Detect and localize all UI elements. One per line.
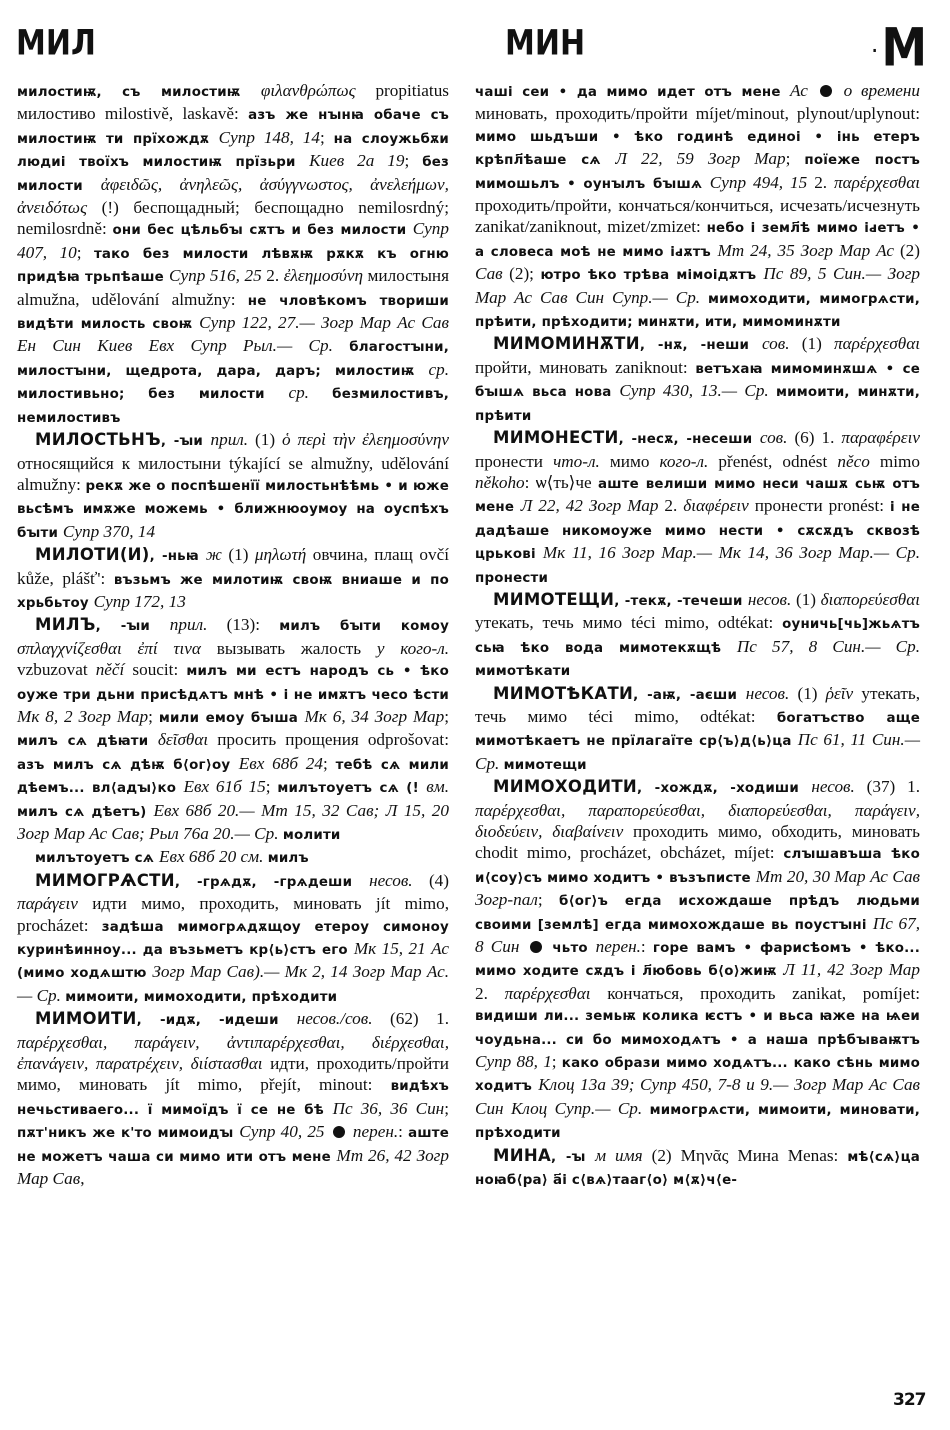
- citation-text: несов.: [811, 777, 866, 796]
- gloss-text: (1): [796, 590, 821, 609]
- entry-headword: МИЛОТИ(И): [35, 545, 150, 564]
- citation-text: Пс 57, 8 Син.— Ср.: [737, 637, 920, 656]
- gloss-text: ,: [80, 1169, 84, 1188]
- citation-text: у кого-л.: [377, 639, 449, 658]
- right-column: чаші сеи • да мимо идет отъ мене Ас о вр…: [475, 80, 920, 1192]
- greek-text: ὁ περὶ τὴν ἐλεημοσύνην: [282, 430, 449, 449]
- gloss-text: (2): [900, 241, 920, 260]
- gloss-text: :: [641, 937, 653, 956]
- greek-text: παράγειν: [17, 894, 92, 913]
- church-slavonic-text: , -идѫ, -идеши: [137, 1013, 297, 1028]
- bullet-icon: [820, 85, 832, 97]
- entry-headword: МИМОМИНѪТИ: [493, 334, 640, 353]
- citation-text: несов./сов.: [297, 1009, 390, 1028]
- gloss-text: :: [525, 473, 536, 492]
- citation-text: Л 22, 59 Зогр Мар: [615, 149, 785, 168]
- church-slavonic-text: чаші сеи • да мимо идет отъ мене: [475, 85, 790, 100]
- entry-continuation: чаші сеи • да мимо идет отъ мене Ас о вр…: [475, 80, 920, 333]
- citation-text: Мк 6, 34 Зогр Мар: [304, 707, 444, 726]
- entry-headword: МИНА: [493, 1146, 551, 1165]
- church-slavonic-text: пронести: [475, 571, 548, 586]
- gloss-text: (6) 1.: [794, 428, 841, 447]
- citation-text: м имя: [595, 1146, 651, 1165]
- church-slavonic-text: милътоуетъ сѧ (!: [277, 781, 426, 796]
- citation-text: несов.: [369, 871, 429, 890]
- church-slavonic-text: , -грѧдѫ, -грѧдеши: [175, 875, 369, 890]
- gloss-text: кончаться, проходить zanikat, pomíjet:: [607, 984, 920, 1003]
- gloss-text: 2.: [664, 496, 683, 515]
- gloss-text: ;: [552, 1052, 562, 1071]
- gloss-text: пройти, миновать zaniknout:: [475, 358, 695, 377]
- church-slavonic-text: (мимо ходѧштю: [17, 966, 152, 981]
- gloss-text: 2.: [266, 266, 283, 285]
- citation-text: Супр 516, 25: [169, 266, 266, 285]
- citation-text: о времени: [835, 81, 920, 100]
- church-slavonic-text: , -ꙑи: [161, 434, 211, 449]
- church-slavonic-text: милъ: [268, 851, 309, 866]
- running-head-left: МИЛ: [16, 23, 96, 63]
- citation-text: кого-л.: [660, 452, 719, 471]
- citation-text: ср.: [428, 360, 449, 379]
- citation-text: сов.: [760, 428, 795, 447]
- church-slavonic-text: , -текѫ, -течеши: [614, 594, 748, 609]
- citation-text: прил.: [170, 615, 227, 634]
- church-slavonic-text: пѫт'никъ же к'то мимоидꙑ: [17, 1126, 239, 1141]
- left-column: милостиѭ, съ милостиѭ φιλανθρώπως propit…: [17, 80, 449, 1190]
- citation-text: Л 11, 42 Зогр Мар: [783, 960, 920, 979]
- gloss-text: ѡ⟨ть⟩че: [536, 473, 598, 492]
- citation-text: Пс 36, 36 Син: [333, 1099, 445, 1118]
- church-slavonic-text: милостиѭ, съ милостиѭ: [17, 85, 261, 100]
- church-slavonic-text: милъ бꙑти комоу: [279, 619, 449, 634]
- dictionary-entry: МИМОТЕЩИ, -текѫ, -течеши несов. (1) διαπ…: [475, 589, 920, 683]
- entry-headword: МИЛЪ: [35, 615, 96, 634]
- gloss-text: (13):: [227, 615, 280, 634]
- church-slavonic-text: чьто: [545, 941, 596, 956]
- church-slavonic-text: мимотещи: [504, 758, 587, 773]
- dictionary-entry: милътоуетъ сѧ Евх 68б 20 см. милъ: [17, 846, 449, 869]
- citation-text: Супр 148, 14: [219, 128, 320, 147]
- church-slavonic-text: молити: [283, 828, 341, 843]
- gloss-text: vzbuzovat: [17, 660, 96, 679]
- citation-text: Мк 15, 21 Ас: [354, 939, 449, 958]
- citation-text: Супр 88, 1: [475, 1052, 552, 1071]
- church-slavonic-text: азъ милъ сѧ дѣѭ б⟨ог⟩оу: [17, 758, 239, 773]
- church-slavonic-text: ютро ѣко трѣва мімоідѫтъ: [540, 268, 763, 283]
- citation-text: перен.: [596, 937, 641, 956]
- church-slavonic-text: мимотѣкати: [475, 664, 570, 679]
- citation-text: něčí: [96, 660, 133, 679]
- gloss-text: ;: [444, 707, 449, 726]
- gloss-text: пронести pronést:: [755, 496, 890, 515]
- gloss-text: :: [398, 1122, 408, 1141]
- citation-text: Супр 370, 14: [63, 522, 155, 541]
- dictionary-entry: МИМОИТИ, -идѫ, -идеши несов./сов. (62) 1…: [17, 1008, 449, 1189]
- entry-headword: МИМОИТИ: [35, 1009, 137, 1028]
- church-slavonic-text: видиши ли... земьѭ колика ѥстъ • и вьса …: [475, 1009, 920, 1047]
- greek-text: παραφέρειν: [841, 428, 920, 447]
- gloss-text: soucit:: [132, 660, 186, 679]
- dictionary-entry: МИЛЪ, -ꙑи прил. (13): милъ бꙑти комоу σπ…: [17, 614, 449, 846]
- letter-tab: ·М: [872, 16, 927, 78]
- greek-text: φιλανθρώπως: [261, 81, 376, 100]
- gloss-text: мимо: [610, 452, 660, 471]
- church-slavonic-text: милътоуетъ сѧ: [35, 851, 159, 866]
- citation-text: Мк 8, 2 Зогр Мар: [17, 707, 148, 726]
- dictionary-entry: МИЛОТИ(И), -ньꙗ ж (1) μηλωτή овчина, пла…: [17, 544, 449, 614]
- greek-text: δεῖσθαι: [158, 730, 217, 749]
- letter-tab-letter: М: [881, 16, 927, 78]
- citation-text: вм.: [426, 777, 449, 796]
- citation-text: Супр 494, 15: [710, 173, 814, 192]
- greek-text: ῥεῖν: [826, 684, 862, 703]
- gloss-text: миновать, проходить/пройти míjet/minout,…: [475, 104, 920, 123]
- greek-text: μηλωτή: [255, 545, 313, 564]
- gloss-text: přenést, odnést: [718, 452, 837, 471]
- church-slavonic-text: мимоити, мимоходити, прѣходити: [65, 990, 337, 1005]
- gloss-text: (1): [797, 684, 825, 703]
- gloss-text: (2) Μηνᾶς Мина Menas:: [652, 1146, 848, 1165]
- entry-headword: МИМОТЕЩИ: [493, 590, 614, 609]
- letter-tab-dot: ·: [872, 42, 877, 60]
- citation-text: Супр 172, 13: [94, 592, 186, 611]
- dictionary-entry: МИМОМИНѪТИ, -нѫ, -неши сов. (1) παρέρχεσ…: [475, 333, 920, 427]
- citation-text: Евх 61б 15: [184, 777, 266, 796]
- gloss-text: ;: [444, 1099, 449, 1118]
- citation-text: Ас: [790, 81, 817, 100]
- gloss-text: ;: [77, 243, 94, 262]
- dictionary-entry: МИЛОСТЬНЪ, -ꙑи прил. (1) ὁ περὶ τὴν ἐλεη…: [17, 429, 449, 544]
- gloss-text: (1): [802, 334, 834, 353]
- church-slavonic-text: милостивьно; без милости: [17, 387, 288, 402]
- dictionary-entry: МИМОХОДИТИ, -хождѫ, -ходиши несов. (37) …: [475, 776, 920, 1145]
- gloss-text: mimo: [880, 452, 920, 471]
- gloss-text: ;: [148, 707, 159, 726]
- citation-text: несов.: [746, 684, 798, 703]
- church-slavonic-text: , -хождѫ, -ходиши: [637, 781, 811, 796]
- gloss-text: ;: [786, 149, 805, 168]
- entry-headword: МИМОНЕСТИ: [493, 428, 619, 447]
- gloss-text: ;: [320, 128, 334, 147]
- entry-headword: МИМОХОДИТИ: [493, 777, 637, 796]
- gloss-text: ;: [323, 754, 336, 773]
- gloss-text: (37) 1.: [867, 777, 920, 796]
- gloss-text: (62) 1.: [390, 1009, 449, 1028]
- church-slavonic-text: милъ сѧ дѣетъ): [17, 805, 153, 820]
- citation-text: Евх 68б 24: [239, 754, 323, 773]
- entry-headword: МИЛОСТЬНЪ: [35, 430, 161, 449]
- gloss-text: 2.: [814, 173, 834, 192]
- church-slavonic-text: , -ꙑи: [96, 619, 170, 634]
- gloss-text: 2.: [475, 984, 505, 1003]
- church-slavonic-text: мили емоу бꙑша: [159, 711, 305, 726]
- citation-text: несов.: [748, 590, 796, 609]
- citation-text: Мк 11, 16 Зогр Мар.— Мк 14, 36 Зогр Мар.…: [543, 543, 920, 562]
- gloss-text: просить прощения odprošovat:: [217, 730, 449, 749]
- citation-text: Киев 2а 19: [309, 151, 404, 170]
- greek-text: σπλαγχνίζεσθαι ἐπί τινα: [17, 639, 217, 658]
- citation-text: ж: [206, 545, 228, 564]
- citation-text: прил.: [211, 430, 256, 449]
- church-slavonic-text: , -несѫ, -несеши: [619, 432, 760, 447]
- gloss-text: ;: [266, 777, 278, 796]
- citation-text: Супр 40, 25: [239, 1122, 329, 1141]
- dictionary-entry: МИМОТѢКАТИ, -аѭ, -аєши несов. (1) ῥεῖν у…: [475, 683, 920, 777]
- gloss-text: ;: [404, 151, 422, 170]
- greek-text: διαπορεύεσθαι: [821, 590, 920, 609]
- church-slavonic-text: милъ сѧ дѣꙗти: [17, 734, 158, 749]
- church-slavonic-text: , -нѫ, -неши: [640, 338, 762, 353]
- bullet-icon: [530, 941, 542, 953]
- greek-text: παρέρχεσθαι: [505, 984, 608, 1003]
- church-slavonic-text: , -аѭ, -аєши: [633, 688, 746, 703]
- running-head-center: МИН: [505, 23, 585, 63]
- citation-text: někoho: [475, 473, 525, 492]
- church-slavonic-text: они бес цѣльбꙑ сѫтъ и без милости: [113, 223, 413, 238]
- entries-right: МИМОМИНѪТИ, -нѫ, -неши сов. (1) παρέρχεσ…: [475, 333, 920, 1191]
- bullet-icon: [333, 1126, 345, 1138]
- citation-text: перен.: [348, 1122, 398, 1141]
- entry-continuation: милостиѭ, съ милостиѭ φιλανθρώπως propit…: [17, 80, 449, 429]
- church-slavonic-text: , -ньꙗ: [150, 549, 206, 564]
- citation-text: Супр 430, 13.— Ср.: [619, 381, 776, 400]
- church-slavonic-text: , -ꙑ: [551, 1150, 595, 1165]
- citation-text: Мт 24, 35 Зогр Мар Ас: [717, 241, 900, 260]
- entries-left: МИЛОСТЬНЪ, -ꙑи прил. (1) ὁ περὶ τὴν ἐλεη…: [17, 429, 449, 1189]
- citation-text: něco: [837, 452, 880, 471]
- greek-text: παρέρχεσθαι: [834, 173, 920, 192]
- citation-text: Евх 68б 20 см.: [159, 847, 268, 866]
- gloss-text: (1): [255, 430, 282, 449]
- citation-text: что-л.: [553, 452, 610, 471]
- gloss-text: (1): [228, 545, 255, 564]
- gloss-text: утекать, течь мимо téci mimo, odtékat:: [475, 613, 782, 632]
- gloss-text: (2);: [509, 264, 540, 283]
- greek-text: ἐλεημοσύνη: [284, 266, 368, 285]
- gloss-text: ;: [538, 890, 559, 909]
- citation-text: Сав: [475, 264, 509, 283]
- gloss-text: (4): [429, 871, 449, 890]
- entry-headword: МИМОТѢКАТИ: [493, 684, 633, 703]
- dictionary-entry: МИМОГРѦСТИ, -грѧдѫ, -грѧдеши несов. (4) …: [17, 870, 449, 1008]
- citation-text: сов.: [762, 334, 802, 353]
- dictionary-entry: МИНА, -ꙑ м имя (2) Μηνᾶς Мина Menas: мѣ⟨…: [475, 1145, 920, 1192]
- greek-text: παρέρχεσθαι: [834, 334, 920, 353]
- entry-headword: МИМОГРѦСТИ: [35, 871, 175, 890]
- dictionary-entry: МИМОНЕСТИ, -несѫ, -несеши сов. (6) 1. πα…: [475, 427, 920, 589]
- citation-text: Л 22, 42 Зогр Мар: [521, 496, 665, 515]
- gloss-text: вызывать жалость: [217, 639, 377, 658]
- greek-text: διαφέρειν: [683, 496, 754, 515]
- gloss-text: пронести: [475, 452, 553, 471]
- citation-text: ср.: [288, 383, 332, 402]
- page-number: 327: [893, 1390, 926, 1410]
